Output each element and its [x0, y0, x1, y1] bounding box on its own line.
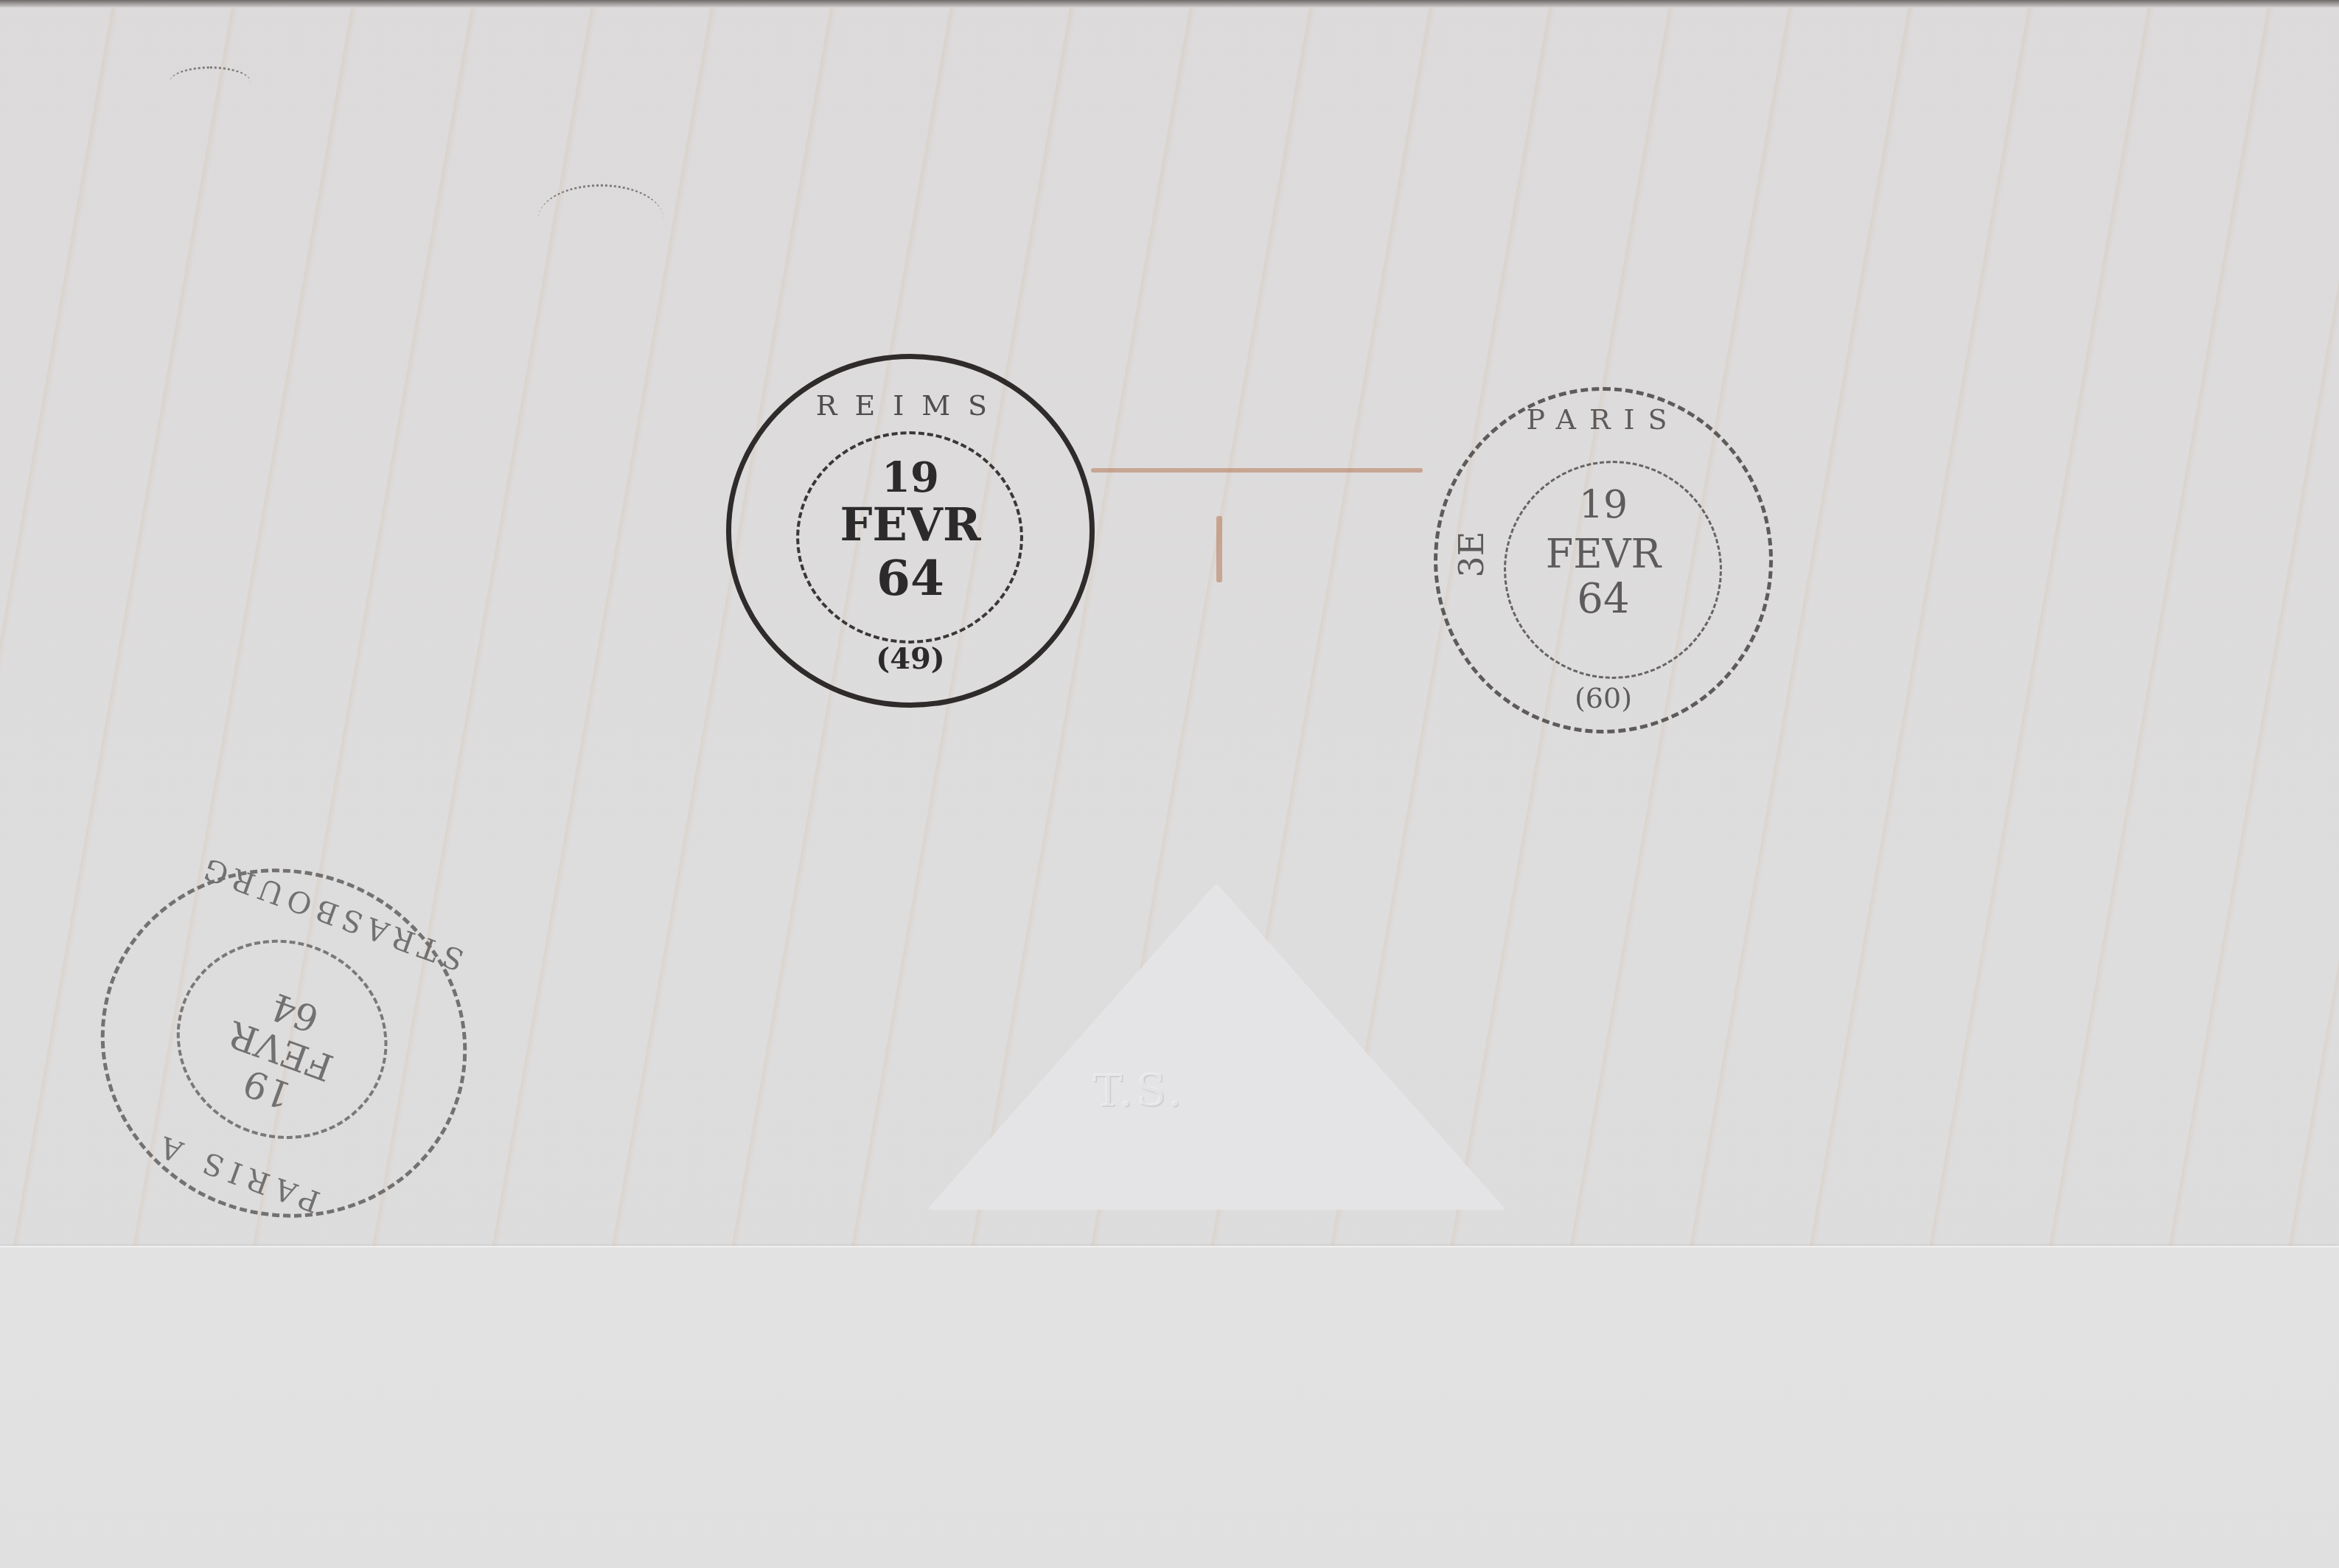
embossed-seal: T.S. — [1062, 1017, 1216, 1165]
ink-trace-mark — [538, 184, 663, 253]
postmark-code: (49) — [726, 641, 1095, 676]
postmark-year: 64 — [726, 549, 1095, 607]
rust-mark — [1091, 468, 1423, 473]
bottom-fold-flap — [0, 1246, 2339, 1568]
postmark-day: 19 — [726, 453, 1095, 502]
postmark-paris: 3E PARIS 19 FEVR 64 (60) — [1434, 387, 1773, 734]
postmark-year: 64 — [1434, 575, 1773, 623]
paper-top-edge — [0, 0, 2339, 7]
postmark-day: 19 — [1434, 483, 1773, 527]
postmark-code: (60) — [1434, 682, 1773, 714]
envelope-triangle-flap — [929, 885, 1504, 1209]
postmark-reims: REIMS 19 FEVR 64 (49) — [726, 354, 1095, 708]
postmark-city: REIMS — [726, 389, 1095, 422]
postmark-month: FEVR — [1434, 531, 1773, 577]
ink-trace-mark — [170, 66, 251, 98]
postmark-city: PARIS — [1434, 403, 1773, 436]
rust-mark — [1216, 516, 1222, 582]
postmark-month: FEVR — [726, 498, 1095, 551]
